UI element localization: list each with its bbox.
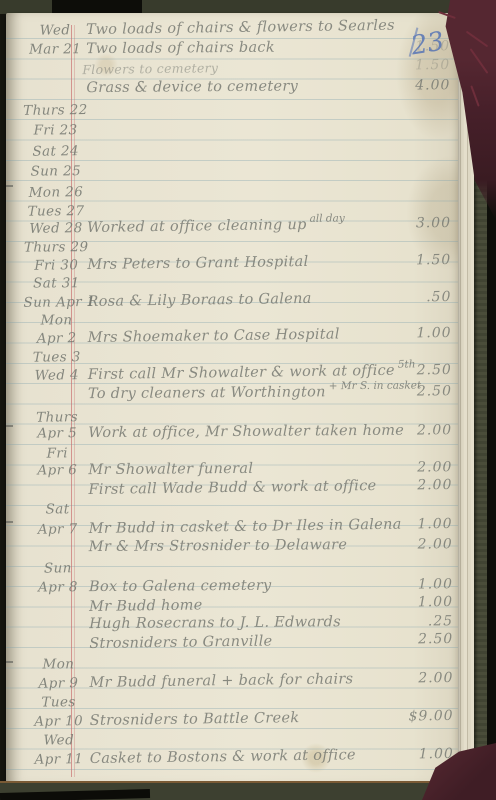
entry-date: Apr 2 bbox=[24, 330, 90, 347]
entry-amount: 1.00 bbox=[381, 594, 453, 611]
entry-text: Rosa & Lily Boraas to Galena bbox=[87, 291, 311, 310]
entry-amount: .50 bbox=[379, 289, 451, 306]
cover-shadow bbox=[52, 0, 142, 13]
entry-text: Mr Budd home bbox=[89, 597, 203, 615]
entry-date: Wed bbox=[26, 732, 92, 749]
entry-date: Apr 5 bbox=[24, 425, 90, 442]
entry-amount: 2.00 bbox=[381, 670, 453, 687]
entry-amount: 2.00 bbox=[381, 536, 453, 553]
blue-ink-annotation: 23 bbox=[409, 27, 446, 62]
entry-date: Tues bbox=[26, 694, 92, 711]
entry-date: Apr 6 bbox=[24, 462, 90, 479]
entry-text: Grass & device to cemetery bbox=[86, 78, 298, 96]
entry-date: Sun Apr 1 bbox=[23, 294, 89, 311]
entry-amount: 2.00 bbox=[380, 459, 452, 476]
entry-text: Box to Galena cemetery bbox=[89, 578, 272, 595]
entry-date: Apr 7 bbox=[25, 521, 91, 538]
entry-date: Mar 21 bbox=[22, 41, 88, 58]
entry-text: Two loads of chairs back bbox=[86, 40, 275, 57]
entries-layer: Wed Two loads of chairs & flowers to Sea… bbox=[4, 12, 460, 786]
entry-date: Apr 9 bbox=[25, 675, 91, 692]
entry-text: Hugh Rosecrans to J. L. Edwards bbox=[89, 614, 341, 632]
entry-date: Apr 8 bbox=[25, 579, 91, 596]
entry-text: Mrs Shoemaker to Case Hospital bbox=[88, 326, 340, 346]
entry-amount: 1.00 bbox=[381, 576, 453, 593]
entry-date: Fri 30 bbox=[23, 257, 89, 274]
entry-text: Mr Showalter funeral bbox=[88, 461, 253, 478]
entry-date: Thurs 29 bbox=[23, 239, 89, 256]
entry-text: Flowers to cemetery bbox=[82, 60, 218, 77]
entry-superscript: all day bbox=[309, 212, 344, 224]
entry-date: Apr 11 bbox=[26, 751, 92, 768]
entry-text: To dry cleaners at Worthington+ Mr S. in… bbox=[88, 384, 421, 403]
entry-amount: 1.50 bbox=[379, 252, 451, 269]
ledger-page: Wed Two loads of chairs & flowers to Sea… bbox=[6, 13, 458, 785]
entry-amount: 3.00 bbox=[379, 215, 451, 232]
entry-text: Strosniders to Granville bbox=[89, 633, 272, 652]
entry-date: Sun 25 bbox=[23, 163, 89, 180]
entry-text: Casket to Bostons & work at office bbox=[90, 747, 356, 767]
entry-date: Sat 24 bbox=[23, 143, 89, 160]
entry-amount: .25 bbox=[381, 613, 453, 630]
entry-text: First call Wade Budd & work at office bbox=[88, 478, 376, 498]
entry-date: Fri 23 bbox=[23, 122, 89, 139]
entry-date: Wed bbox=[22, 22, 88, 39]
entry-date: Mon bbox=[24, 312, 90, 329]
entry-amount: $9.00 bbox=[382, 708, 454, 725]
entry-date: Sat 31 bbox=[23, 275, 89, 292]
entry-text: Strosniders to Battle Creek bbox=[90, 710, 300, 729]
entry-date: Tues 3 bbox=[24, 349, 90, 366]
entry-text: Mr & Mrs Strosnider to Delaware bbox=[89, 537, 348, 555]
entry-amount: 2.00 bbox=[380, 477, 452, 494]
entry-date: Wed 28 bbox=[23, 220, 89, 237]
entry-date: Wed 4 bbox=[24, 367, 90, 384]
entry-date: Fri bbox=[24, 445, 90, 462]
entry-text: Work at office, Mr Showalter taken home bbox=[88, 423, 404, 441]
entry-text: Two loads of chairs & flowers to Searles bbox=[86, 18, 395, 38]
entry-date: Thurs 22 bbox=[22, 102, 88, 119]
entry-date: Mon 26 bbox=[23, 184, 89, 201]
entry-date: Tues 27 bbox=[23, 203, 89, 220]
entry-amount: 2.50 bbox=[380, 383, 452, 400]
entry-date: Apr 10 bbox=[26, 713, 92, 730]
entry-amount: 1.00 bbox=[381, 516, 453, 533]
entry-text: Worked at office cleaning upall day bbox=[87, 216, 345, 236]
entry-amount: 2.00 bbox=[380, 422, 452, 439]
ledger-row: To dry cleaners at Worthington+ Mr S. in… bbox=[6, 383, 458, 407]
entry-date: Sat bbox=[25, 501, 91, 518]
entry-text: Mr Budd in casket & to Dr Iles in Galena bbox=[89, 517, 402, 537]
entry-amount: 2.50 bbox=[380, 362, 452, 379]
entry-date: Mon bbox=[25, 656, 91, 673]
entry-amount: 2.50 bbox=[381, 631, 453, 648]
book-cover: Wed Two loads of chairs & flowers to Sea… bbox=[0, 0, 496, 800]
entry-text: Mr Budd funeral + back for chairs bbox=[89, 671, 353, 691]
entry-amount: 1.00 bbox=[382, 746, 454, 763]
entry-amount: 4.00 bbox=[378, 77, 450, 94]
entry-amount: 1.00 bbox=[380, 325, 452, 342]
entry-date: Thurs bbox=[24, 409, 90, 426]
entry-text: Mrs Peters to Grant Hospital bbox=[87, 254, 308, 273]
entry-date: Sun bbox=[25, 560, 91, 577]
